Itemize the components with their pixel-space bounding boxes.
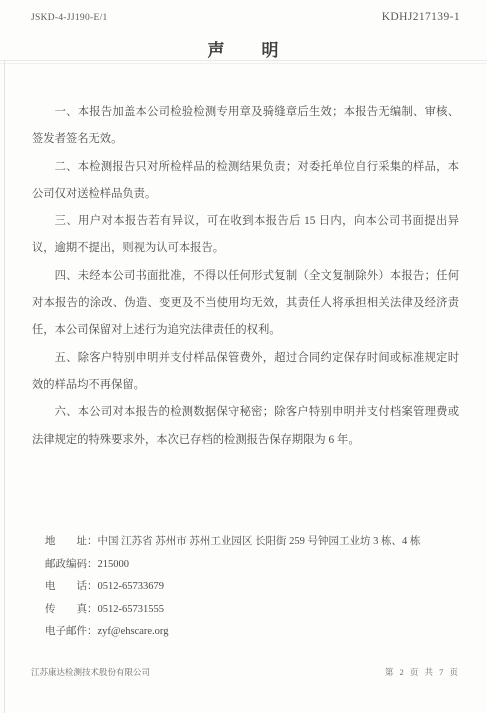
contact-fax-label: 传 真： xyxy=(45,599,98,622)
company-name: 江苏康达检测技术股份有限公司 xyxy=(31,666,150,678)
report-number: KDHJ217139-1 xyxy=(382,11,460,23)
page-footer: 江苏康达检测技术股份有限公司 第 2 页 共 7 页 xyxy=(31,666,460,678)
declaration-clause-1: 一、本报告加盖本公司检验检测专用章及骑缝章后生效；本报告无编制、审核、签发者签名… xyxy=(32,99,459,154)
contact-postal-value: 215000 xyxy=(98,559,130,570)
declaration-clause-5: 五、除客户特别申明并支付样品保管费外，超过合同约定保存时间或标准规定时效的样品均… xyxy=(32,345,459,400)
contact-postal-code: 邮政编码：215000 xyxy=(45,554,459,577)
declaration-body: 一、本报告加盖本公司检验检测专用章及骑缝章后生效；本报告无编制、审核、签发者签名… xyxy=(32,99,459,454)
declaration-page: JSKD-4-JJ190-E/1 KDHJ217139-1 声 明 一、本报告加… xyxy=(0,0,487,713)
contact-email: 电子邮件：zyf@ehscare.org xyxy=(45,621,459,644)
contact-phone-value: 0512-65733679 xyxy=(98,581,165,592)
contact-email-label: 电子邮件： xyxy=(45,621,98,644)
contact-postal-label: 邮政编码： xyxy=(45,554,98,577)
contact-phone: 电 话：0512-65733679 xyxy=(45,576,459,599)
page-number: 第 2 页 共 7 页 xyxy=(385,666,460,678)
scan-fold-line-shadow xyxy=(0,63,487,64)
declaration-clause-3: 三、用户对本报告若有异议，可在收到本报告后 15 日内，向本公司书面提出异议，逾… xyxy=(32,208,459,263)
declaration-clause-2: 二、本检测报告只对所检样品的检测结果负责；对委托单位自行采集的样品，本公司仅对送… xyxy=(32,154,459,209)
document-template-code: JSKD-4-JJ190-E/1 xyxy=(31,13,108,23)
declaration-clause-4: 四、未经本公司书面批准，不得以任何形式复制（全文复制除外）本报告；任何对本报告的… xyxy=(32,263,459,345)
contact-address-label: 地 址： xyxy=(45,531,98,554)
contact-address: 地 址：中国 江苏省 苏州市 苏州工业园区 长阳街 259 号钟园工业坊 3 栋… xyxy=(45,531,459,554)
contact-block: 地 址：中国 江苏省 苏州市 苏州工业园区 长阳街 259 号钟园工业坊 3 栋… xyxy=(45,531,459,644)
contact-email-value: zyf@ehscare.org xyxy=(98,626,169,637)
contact-phone-label: 电 话： xyxy=(45,576,98,599)
page-title: 声 明 xyxy=(0,36,487,61)
contact-fax-value: 0512-65731555 xyxy=(98,604,165,615)
declaration-clause-6: 六、本公司对本报告的检测数据保守秘密；除客户特别申明并支付档案管理费或法律规定的… xyxy=(32,399,459,454)
contact-fax: 传 真：0512-65731555 xyxy=(45,599,459,622)
page-header: JSKD-4-JJ190-E/1 KDHJ217139-1 xyxy=(31,11,460,23)
contact-address-value: 中国 江苏省 苏州市 苏州工业园区 长阳街 259 号钟园工业坊 3 栋、4 栋 xyxy=(98,536,421,547)
scan-edge-line xyxy=(4,60,5,713)
